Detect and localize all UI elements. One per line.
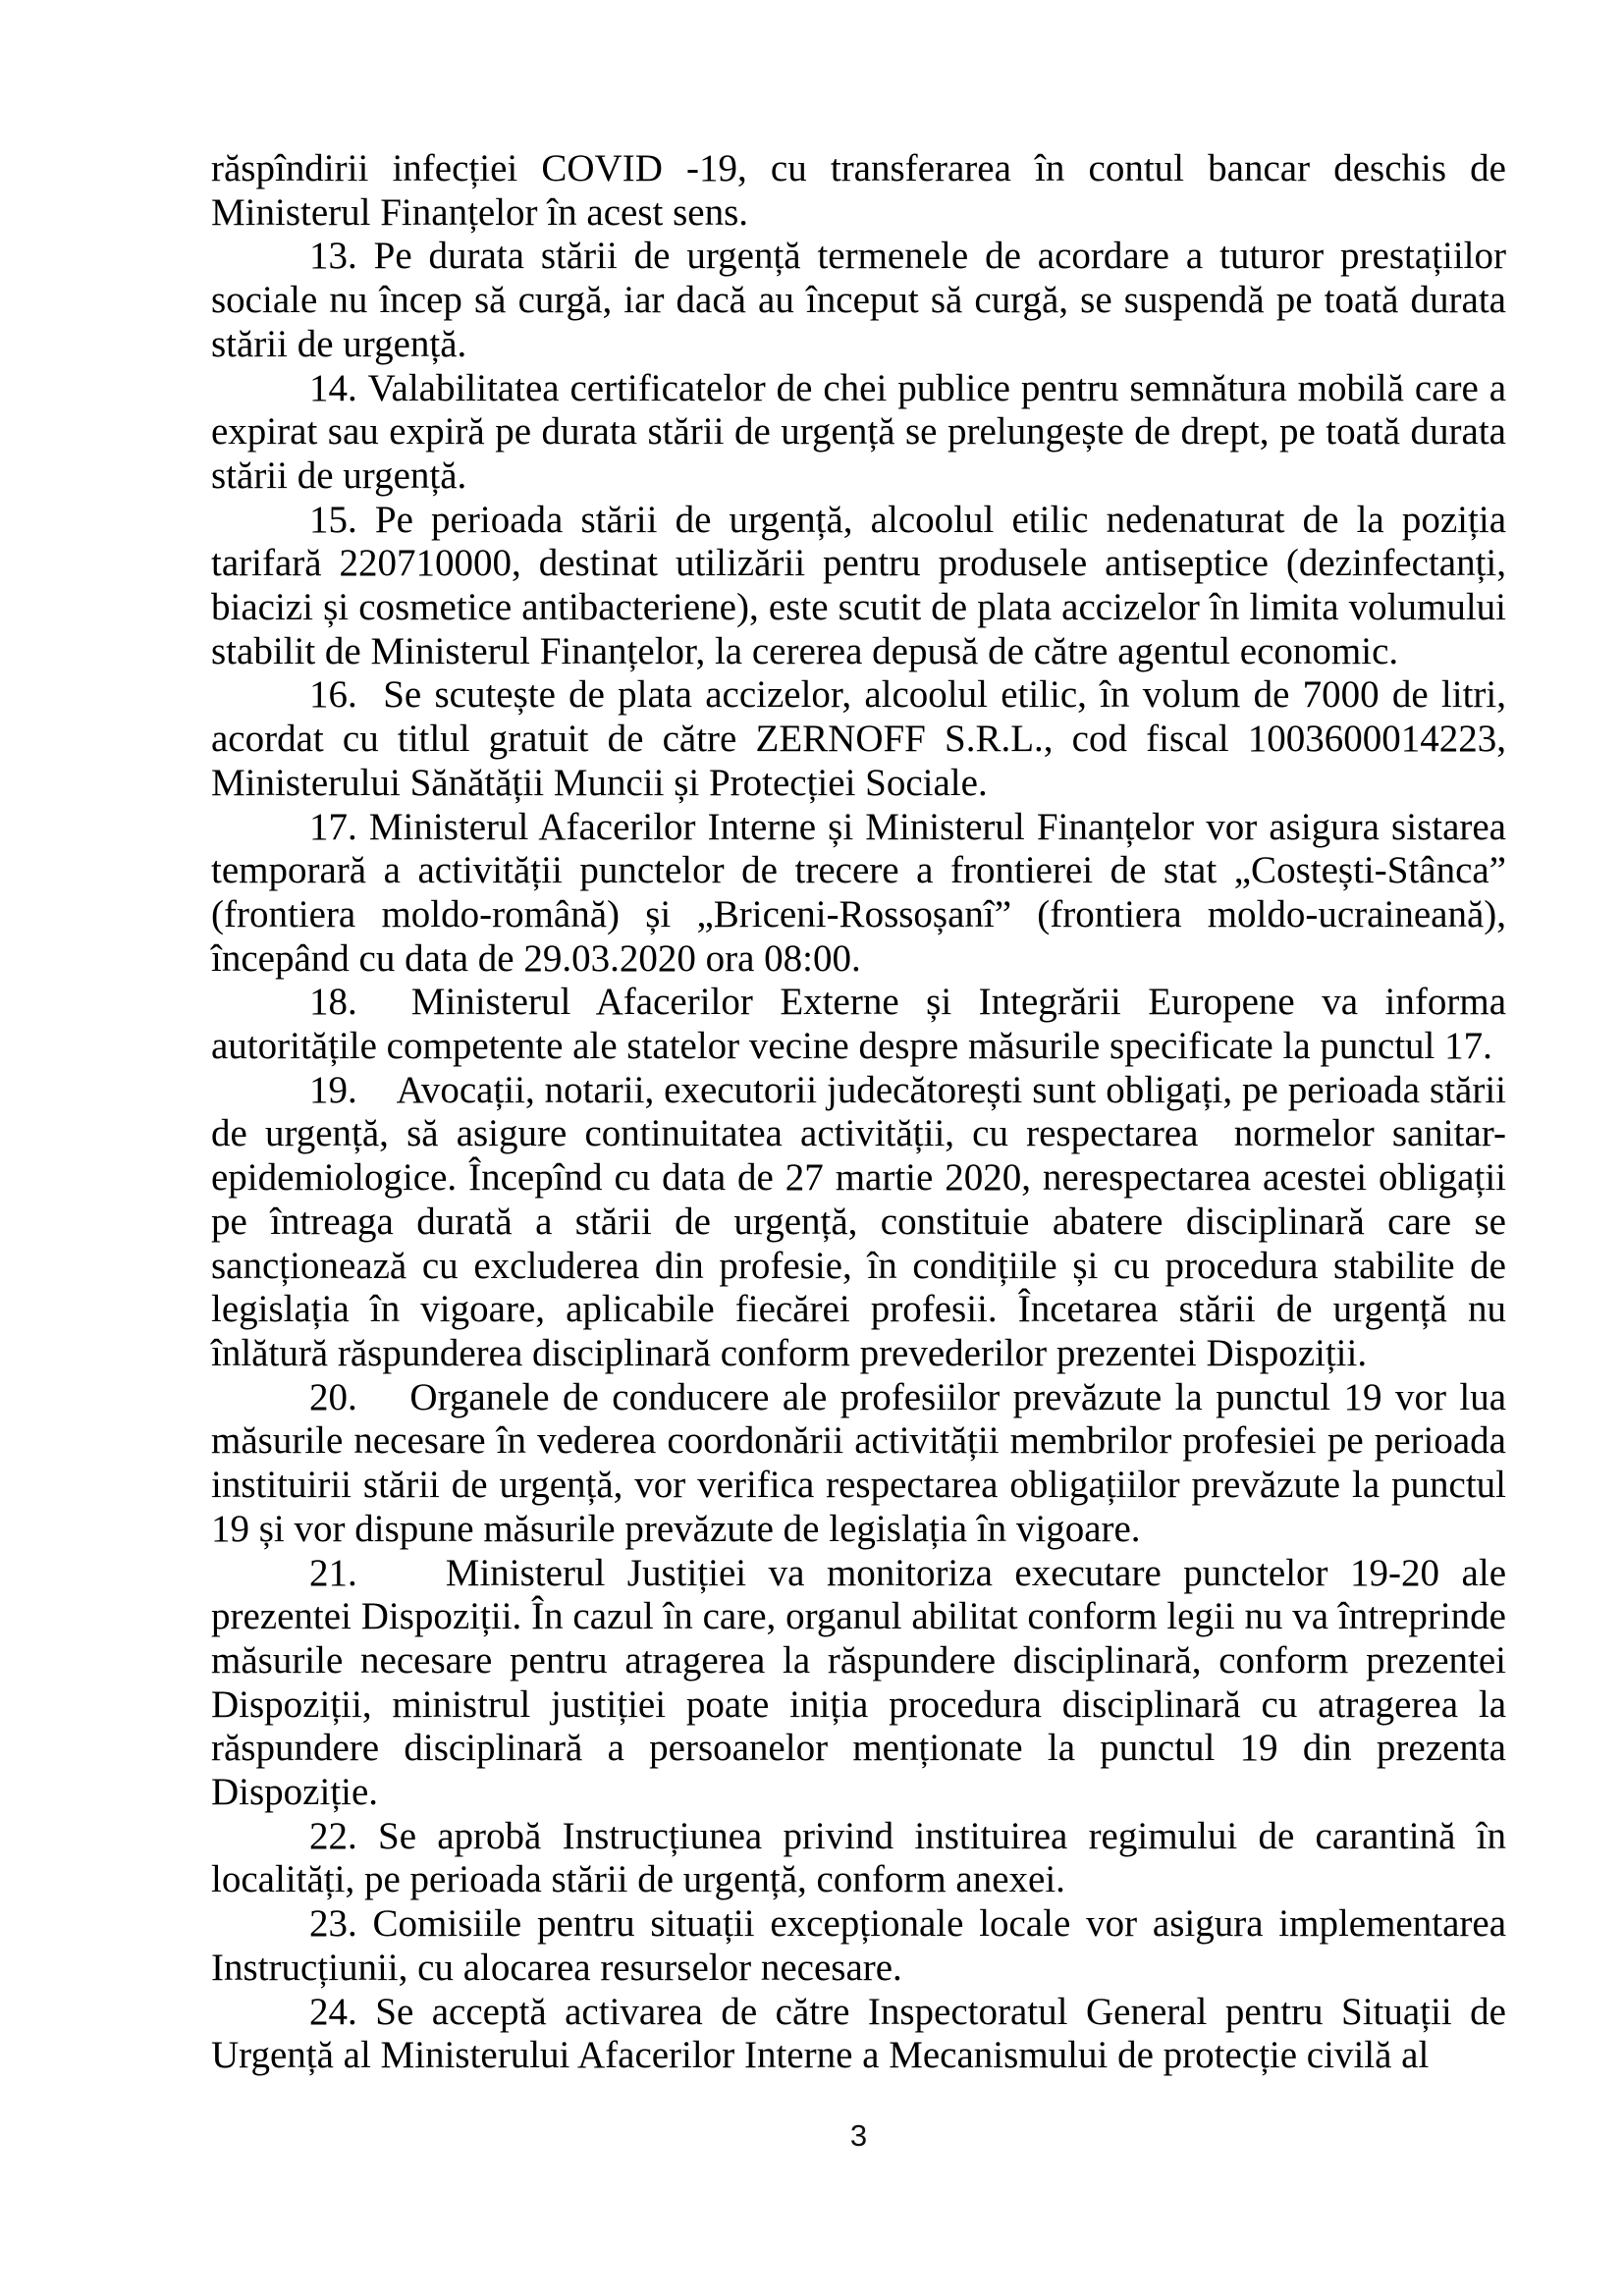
paragraph-19: 19. Avocații, notarii, executorii judecă…: [211, 1069, 1506, 1376]
paragraph-number: 17.: [309, 806, 357, 848]
paragraph-17: 17. Ministerul Afacerilor Interne și Min…: [211, 806, 1506, 982]
document-text-block: răspîndirii infecției COVID -19, cu tran…: [211, 147, 1506, 2078]
paragraph-number: 21.: [309, 1552, 357, 1594]
paragraph-gap: [357, 806, 369, 848]
paragraph-15: 15. Pe perioada stării de urgență, alcoo…: [211, 499, 1506, 674]
paragraph-22: 22. Se aprobă Instrucțiunea privind inst…: [211, 1815, 1506, 1902]
paragraph-23: 23. Comisiile pentru situații excepționa…: [211, 1902, 1506, 1990]
paragraph-number: 18.: [309, 981, 357, 1023]
paragraph-gap: [357, 1991, 376, 2033]
paragraph-text: Se acceptă activarea de către Inspectora…: [211, 1991, 1506, 2077]
paragraph-gap: [357, 673, 383, 716]
paragraph-gap: [357, 1902, 373, 1945]
paragraph-gap: [357, 367, 368, 409]
paragraph-gap: [357, 981, 411, 1023]
paragraph-number: 24.: [309, 1991, 357, 2033]
paragraph-18: 18. Ministerul Afacerilor Externe și Int…: [211, 981, 1506, 1068]
paragraph-text: Se scutește de plata accizelor, alcoolul…: [211, 673, 1506, 803]
paragraph-14: 14. Valabilitatea certificatelor de chei…: [211, 367, 1506, 499]
paragraph-text: Avocații, notarii, executorii judecătore…: [211, 1069, 1506, 1374]
paragraph-text: Comisiile pentru situații excepționale l…: [211, 1902, 1506, 1989]
paragraph-gap: [357, 235, 374, 277]
paragraph-number: 20.: [309, 1376, 357, 1418]
paragraph-text: Valabilitatea certificatelor de chei pub…: [211, 367, 1506, 497]
page-number: 3: [211, 2118, 1506, 2154]
paragraph-text: Ministerul Afacerilor Interne și Ministe…: [211, 806, 1506, 980]
paragraph-continuation: răspîndirii infecției COVID -19, cu tran…: [211, 147, 1506, 235]
document-page: răspîndirii infecției COVID -19, cu tran…: [0, 0, 1624, 2296]
paragraph-gap: [357, 1069, 397, 1111]
paragraph-24: 24. Se acceptă activarea de către Inspec…: [211, 1991, 1506, 2078]
paragraph-text: răspîndirii infecției COVID -19, cu tran…: [211, 147, 1506, 234]
paragraph-number: 16.: [309, 673, 357, 716]
paragraph-21: 21. Ministerul Justiției va monitoriza e…: [211, 1552, 1506, 1815]
paragraph-13: 13. Pe durata stării de urgență termenel…: [211, 235, 1506, 366]
paragraph-number: 19.: [309, 1069, 357, 1111]
paragraph-16: 16. Se scutește de plata accizelor, alco…: [211, 673, 1506, 805]
paragraph-number: 13.: [309, 235, 357, 277]
paragraph-gap: [357, 1815, 378, 1857]
paragraph-20: 20. Organele de conducere ale profesiilo…: [211, 1376, 1506, 1552]
paragraph-text: Pe durata stării de urgență termenele de…: [211, 235, 1506, 364]
paragraph-number: 23.: [309, 1902, 357, 1945]
paragraph-gap: [357, 1552, 446, 1594]
paragraph-gap: [357, 1376, 410, 1418]
paragraph-gap: [357, 499, 375, 541]
paragraph-text: Pe perioada stării de urgență, alcoolul …: [211, 499, 1506, 672]
paragraph-number: 14.: [309, 367, 357, 409]
paragraph-number: 22.: [309, 1815, 357, 1857]
paragraph-number: 15.: [309, 499, 357, 541]
paragraph-text: Se aprobă Instrucțiunea privind institui…: [211, 1815, 1506, 1901]
